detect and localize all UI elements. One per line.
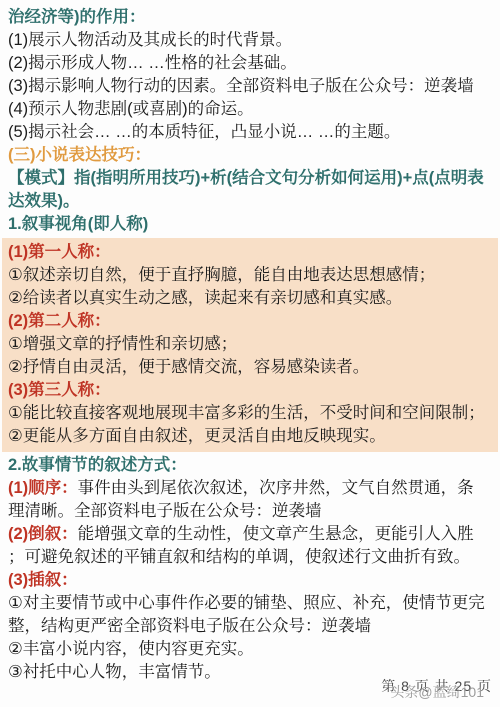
first-person-point-1: ①叙述亲切自然，便于直抒胸臆，能自由地表达思想感情； — [8, 264, 488, 287]
mode-text-flashback: 能增强文章的生动性，使文章产生悬念，更能引人入胜；可避免叙述的平铺直叙和结构的单… — [8, 525, 474, 566]
document-page: 治经济等)的作用： (1)展示人物活动及其成长的时代背景。 (2)揭示形成人物…… — [0, 6, 500, 684]
mode-label-chronological: (1)顺序： — [8, 479, 78, 497]
second-person-label: (2)第二人称： — [8, 310, 488, 333]
third-person-point-2: ②更能从多方面自由叙述，更灵活自由地反映现实。 — [8, 425, 488, 448]
pattern-formula-line: 【模式】指(指明所用技巧)+析(结合文句分析如何运用)+点(点明表达效果)。 — [8, 167, 488, 213]
mode-paragraph-chronological: (1)顺序：事件由头到尾依次叙述，次序井然，文气自然贯通，条理清晰。全部资料电子… — [8, 477, 488, 523]
first-person-point-2: ②给读者以真实生动之感，读起来有亲切感和真实感。 — [8, 287, 488, 310]
intro-item-4: (4)预示人物悲剧(或喜剧)的命运。 — [8, 98, 488, 121]
third-person-label: (3)第三人称： — [8, 379, 488, 402]
intro-item-3: (3)揭示影响人物行动的因素。全部资料电子版在公众号：逆袭墙 — [8, 75, 488, 98]
first-person-label: (1)第一人称： — [8, 241, 488, 264]
mode-text-chronological: 事件由头到尾依次叙述，次序井然，文气自然贯通，条理清晰。全部资料电子版在公众号：… — [8, 479, 474, 520]
watermark-label: 头条@蓝绮101 — [390, 682, 484, 702]
intro-item-2: (2)揭示形成人物… …性格的社会基础。 — [8, 52, 488, 75]
subsection-heading-narration-order: 2.故事情节的叙述方式： — [8, 454, 488, 477]
person-perspective-highlight-block: (1)第一人称： ①叙述亲切自然，便于直抒胸臆，能自由地表达思想感情； ②给读者… — [2, 238, 498, 452]
third-person-point-1: ①能比较直接客观地展现丰富多彩的生活，不受时间和空间限制； — [8, 402, 488, 425]
interjection-point-2: ②丰富小说内容，使内容更充实。 — [8, 638, 488, 661]
mode-label-interjection: (3)插叙： — [8, 569, 488, 592]
subsection-heading-narrative-perspective: 1.叙事视角(即人称) — [8, 213, 488, 236]
intro-heading: 治经济等)的作用： — [8, 6, 488, 29]
section-heading-expression-skills: (三)小说表达技巧： — [8, 144, 488, 167]
second-person-point-1: ①增强文章的抒情性和亲切感； — [8, 333, 488, 356]
mode-label-flashback: (2)倒叙： — [8, 525, 78, 543]
intro-item-5: (5)揭示社会… …的本质特征，凸显小说… …的主题。 — [8, 121, 488, 144]
intro-item-1: (1)展示人物活动及其成长的时代背景。 — [8, 29, 488, 52]
mode-paragraph-flashback: (2)倒叙：能增强文章的生动性，使文章产生悬念，更能引人入胜；可避免叙述的平铺直… — [8, 523, 488, 569]
second-person-point-2: ②抒情自由灵活，便于感情交流，容易感染读者。 — [8, 356, 488, 379]
page-footer: 第 8 页 共 25 页 头条@蓝绮101 — [344, 676, 494, 702]
interjection-point-1: ①对主要情节或中心事件作必要的铺垫、照应、补充，使情节更完整，结构更严密全部资料… — [8, 592, 488, 638]
